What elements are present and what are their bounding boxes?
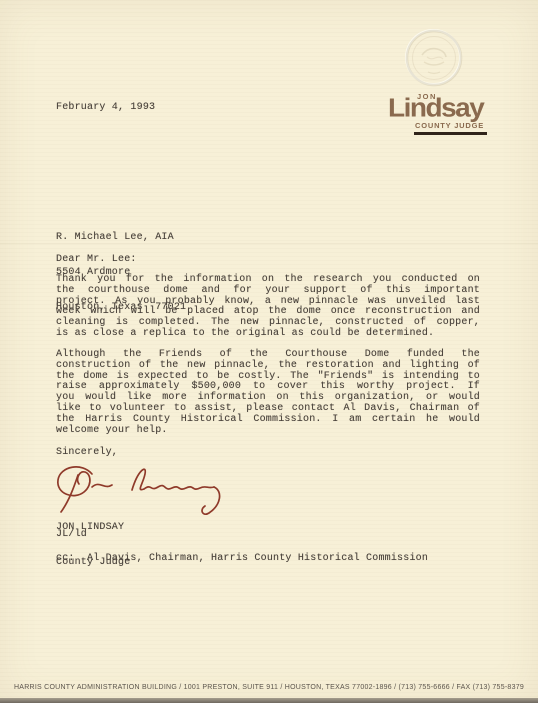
paragraph-line: is as close a replica to the original as… (56, 329, 480, 340)
footer-address: HARRIS COUNTY ADMINISTRATION BUILDING / … (0, 684, 538, 691)
letter-page: JON Lindsay COUNTY JUDGE February 4, 199… (0, 0, 538, 703)
closing-sincerely: Sincerely, (56, 447, 118, 459)
paragraph-line: the Harris County Historical Commission.… (56, 415, 480, 426)
letterhead-logo: JON Lindsay COUNTY JUDGE (388, 92, 518, 138)
embossed-county-seal-icon (404, 28, 464, 88)
body-paragraph-1: Thank you for the information on the res… (56, 275, 480, 340)
body-paragraph-2: Although the Friends of the Courthouse D… (56, 350, 480, 436)
footer-edge-bar (0, 698, 538, 703)
logo-title-county-judge: COUNTY JUDGE (414, 121, 487, 135)
logo-last-name: Lindsay (388, 95, 483, 121)
date-line: February 4, 1993 (56, 102, 155, 114)
paragraph-line: construction of the new pinnacle, the re… (56, 361, 480, 372)
paragraph-line: welcome your help. (56, 426, 480, 437)
signature-block: JON LINDSAY County Judge (56, 499, 130, 592)
recipient-name: R. Michael Lee, AIA (56, 232, 186, 244)
reference-initials: JL/ld (56, 529, 87, 541)
salutation: Dear Mr. Lee: (56, 254, 137, 266)
cc-line: cc: Al Davis, Chairman, Harris County Hi… (56, 553, 428, 565)
paragraph-line: the courthouse dome and for your support… (56, 286, 480, 297)
